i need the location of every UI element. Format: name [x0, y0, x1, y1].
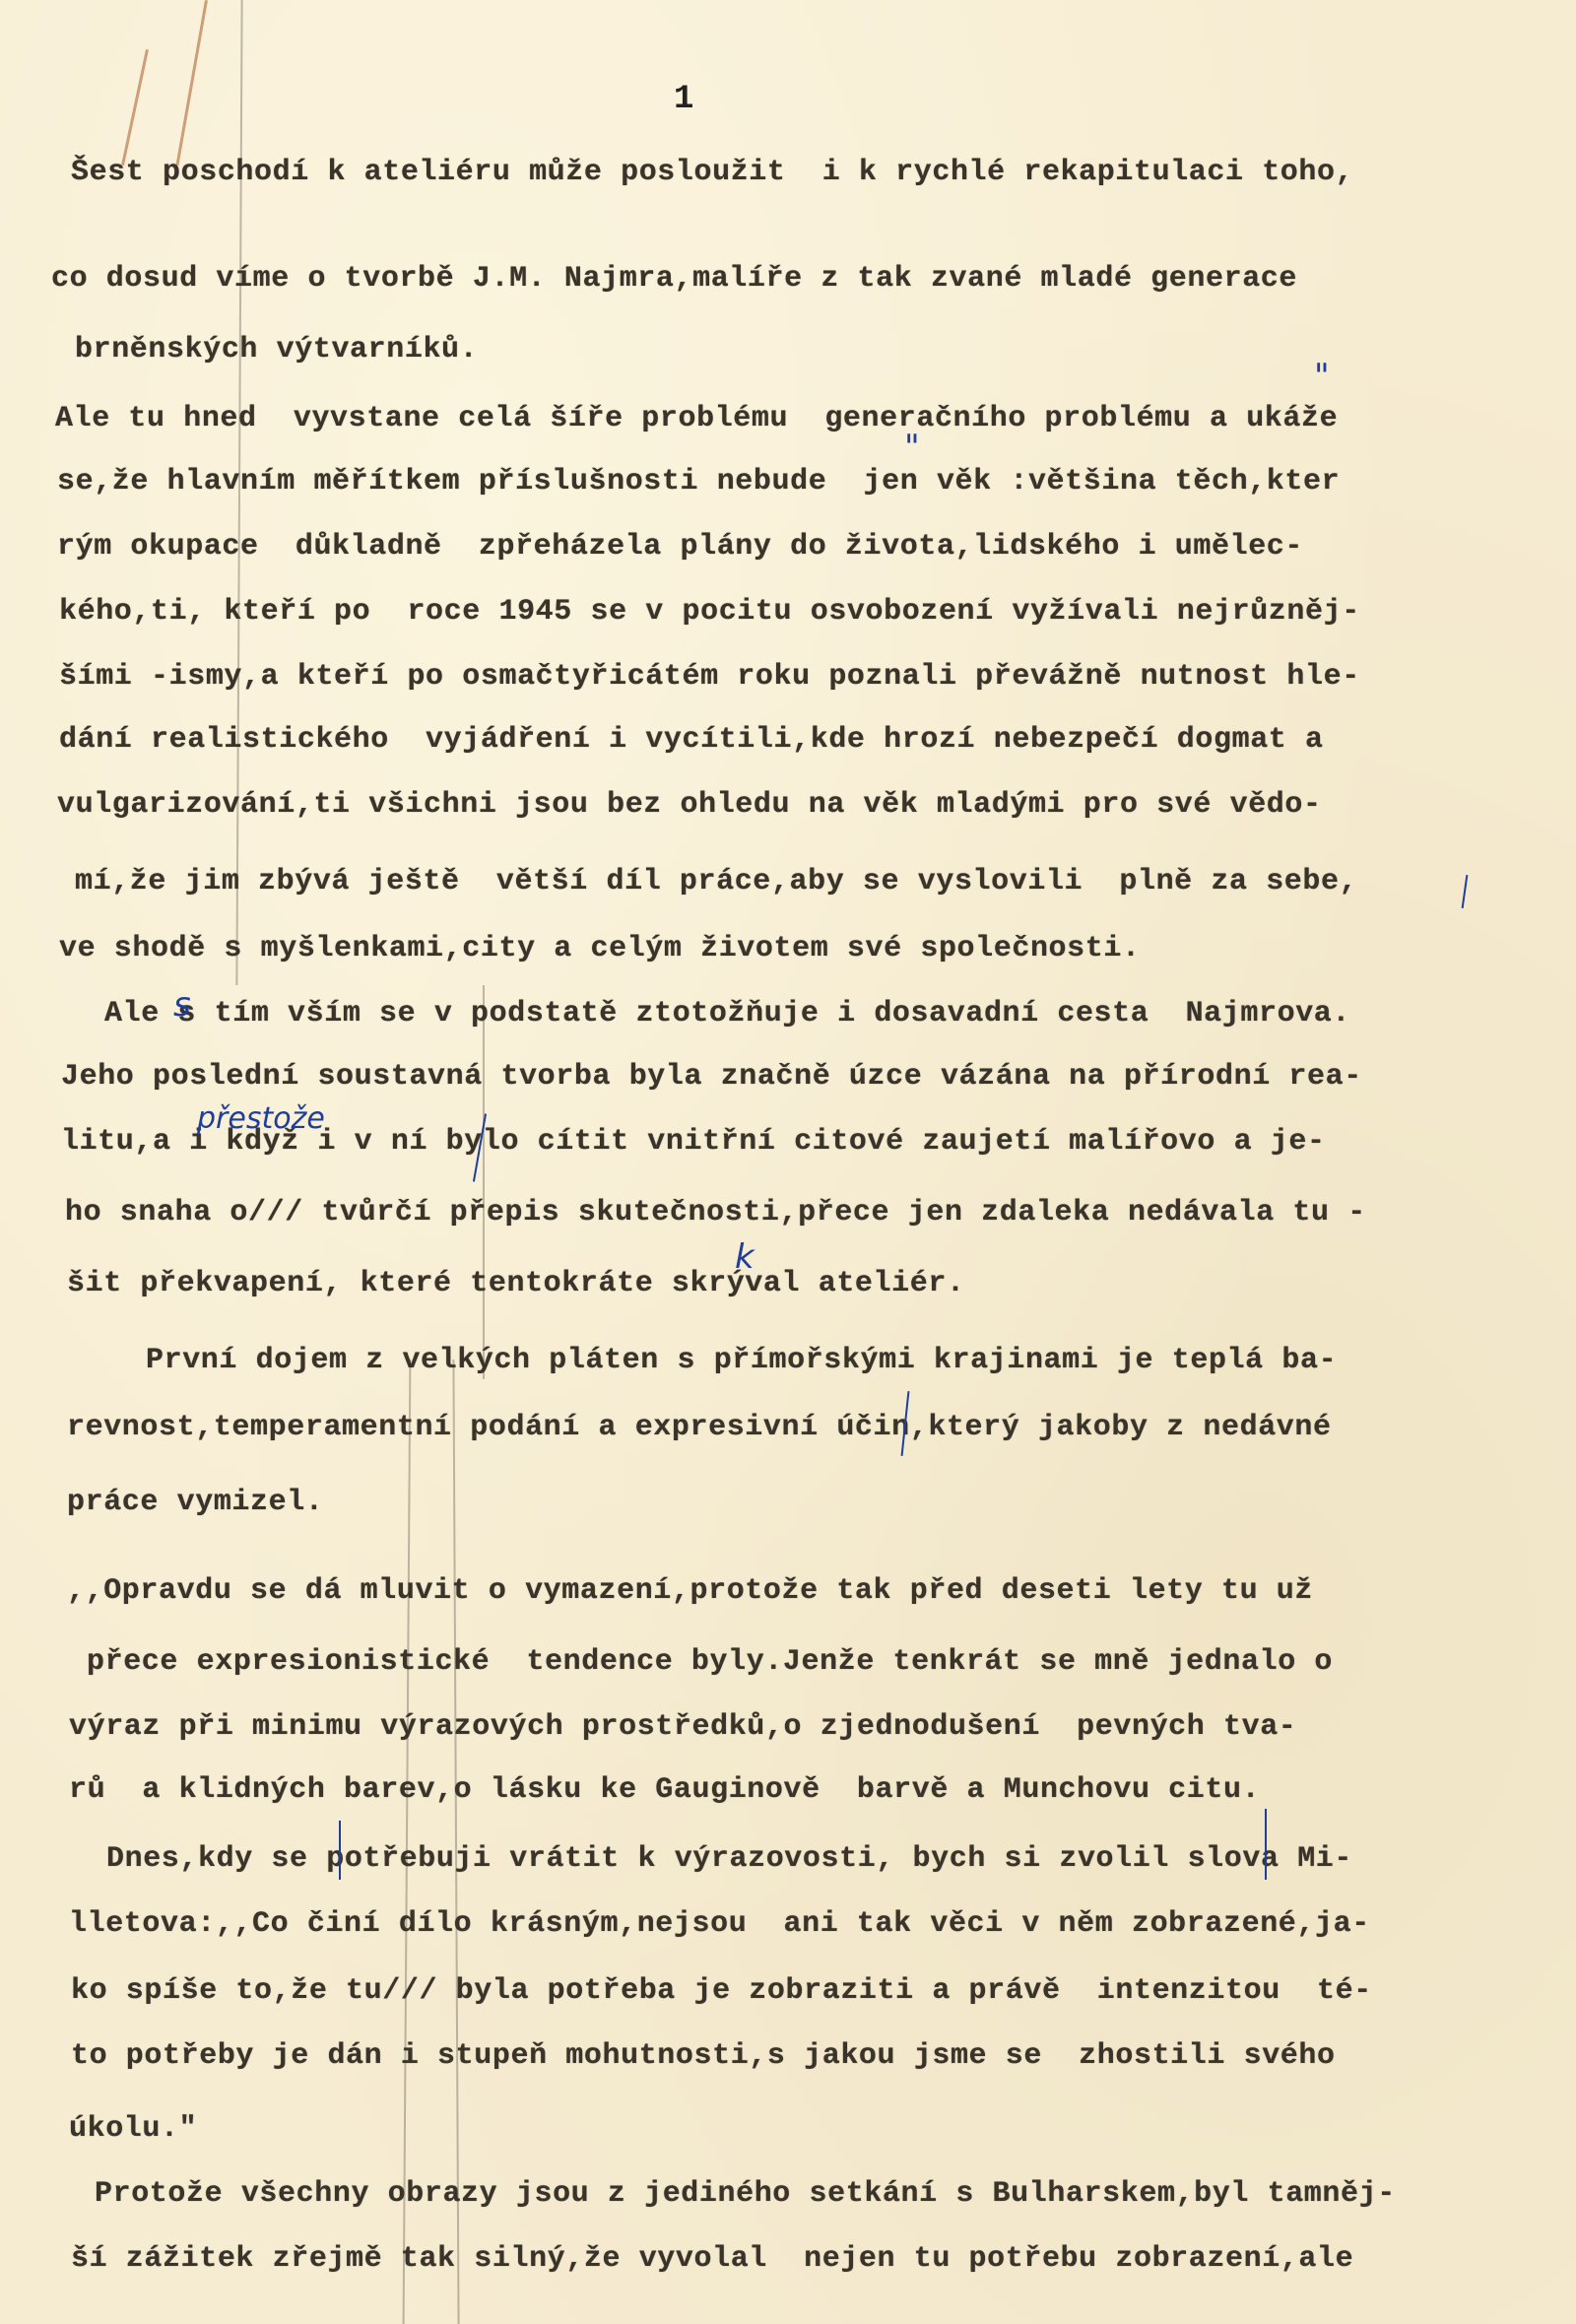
- text-line: šit překvapení, které tentokráte skrýval…: [67, 1267, 965, 1300]
- rust-stain-left: [121, 49, 149, 166]
- text-line: mí,že jim zbývá ještě větší díl práce,ab…: [75, 865, 1357, 898]
- text-line: dání realistického vyjádření i vycítili,…: [59, 723, 1324, 757]
- text-line: Ale tu hned vyvstane celá šíře problému …: [55, 402, 1338, 435]
- ink-mark-pipe: [1462, 875, 1469, 908]
- text-line: revnost,temperamentní podání a expresivn…: [67, 1411, 1332, 1444]
- text-line: rů a klidných barev,o lásku ke Gauginově…: [69, 1773, 1260, 1807]
- rust-stain-right: [175, 0, 207, 166]
- text-line: Protože všechny obrazy jsou z jediného s…: [95, 2177, 1396, 2211]
- handwritten-note: přestože: [197, 1101, 325, 1136]
- text-line: ko spíše to,že tu/// byla potřeba je zob…: [71, 1974, 1372, 2008]
- text-line: Jeho poslední soustavná tvorba byla znač…: [61, 1060, 1362, 1094]
- text-line: práce vymizel.: [67, 1486, 323, 1519]
- text-line: přece expresionistické tendence byly.Jen…: [87, 1645, 1333, 1679]
- text-line: úkolu.": [69, 2112, 197, 2146]
- handwritten-note: ": [1314, 357, 1330, 396]
- text-line: vulgarizování,ti všichni jsou bez ohledu…: [57, 788, 1322, 822]
- text-line: výraz při minimu výrazových prostředků,o…: [69, 1710, 1296, 1744]
- text-line: ho snaha o/// tvůrčí přepis skutečnosti,…: [65, 1196, 1366, 1229]
- text-line: ve shodě s myšlenkami,city a celým život…: [59, 932, 1141, 965]
- text-line: šími -ismy,a kteří po osmačtyřicátém rok…: [59, 660, 1360, 694]
- ink-mark-pipe: [339, 1821, 341, 1880]
- handwritten-note: ": [904, 428, 920, 467]
- handwritten-note: s: [173, 985, 191, 1025]
- text-line: Ale s tím vším se v podstatě ztotožňuje …: [104, 997, 1350, 1030]
- text-line: ,,Opravdu se dá mluvit o vymazení,protož…: [67, 1574, 1313, 1608]
- text-line: kého,ti, kteří po roce 1945 se v pocitu …: [59, 595, 1360, 629]
- page-number: 1: [674, 81, 693, 118]
- text-line: se,že hlavním měřítkem příslušnosti nebu…: [57, 465, 1340, 498]
- text-line: lletova:,,Co činí dílo krásným,nejsou an…: [69, 1907, 1370, 1941]
- text-line: První dojem z velkých pláten s přímořský…: [146, 1344, 1337, 1377]
- handwritten-note: k: [735, 1237, 755, 1277]
- ink-mark-pipe: [1265, 1809, 1267, 1880]
- text-line: co dosud víme o tvorbě J.M. Najmra,malíř…: [51, 262, 1297, 296]
- text-line: Dnes,kdy se potřebuji vrátit k výrazovos…: [106, 1842, 1352, 1876]
- text-line: rým okupace důkladně zpřeházela plány do…: [57, 530, 1303, 564]
- text-line: to potřeby je dán i stupeň mohutnosti,s …: [71, 2039, 1336, 2073]
- document-page: 1 Šest poschodí k ateliéru může poslouži…: [0, 0, 1576, 2324]
- text-line: ší zážitek zřejmě tak silný,že vyvolal n…: [71, 2242, 1353, 2276]
- text-line: brněnských výtvarníků.: [75, 333, 478, 366]
- fold-line-middle: [483, 985, 485, 1379]
- text-line: Šest poschodí k ateliéru může posloužit …: [71, 156, 1353, 189]
